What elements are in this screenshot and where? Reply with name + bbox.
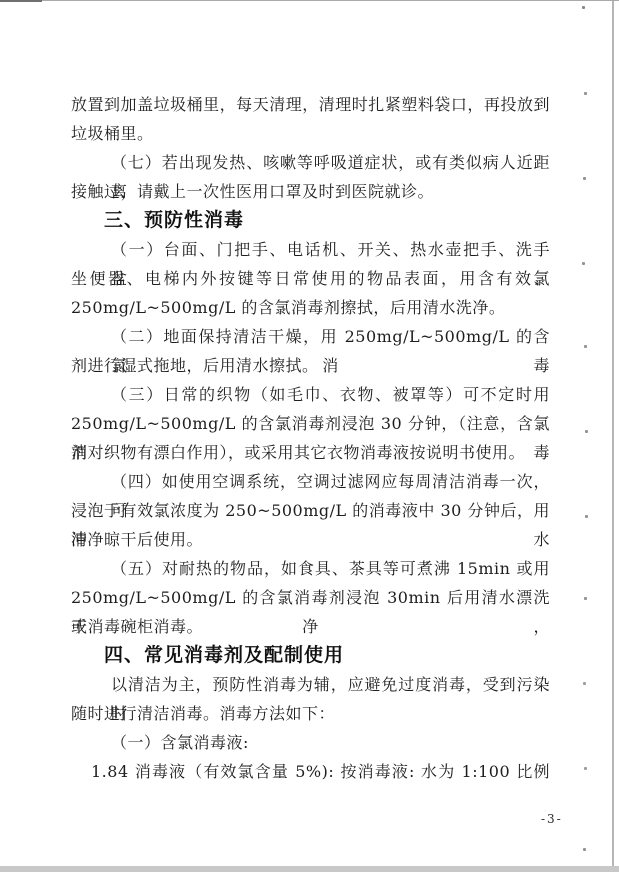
text-line: 垃圾桶里。 bbox=[71, 119, 550, 148]
text-line: 随时进行清洁消毒。消毒方法如下： bbox=[71, 699, 550, 728]
scan-speckles bbox=[582, 6, 585, 9]
text-line: 250mg/L~500mg/L 的含氯消毒剂擦拭，后用清水洗净。 bbox=[71, 293, 550, 322]
text-line: 浸泡于有效氯浓度为 250~500mg/L 的消毒液中 30 分钟后，用清水 bbox=[71, 496, 550, 525]
text-line: 接触过，请戴上一次性医用口罩及时到医院就诊。 bbox=[71, 177, 550, 206]
text-line: （五）对耐热的物品，如食具、茶具等可煮沸 15min 或用 bbox=[71, 554, 550, 583]
section-heading: 三、预防性消毒 bbox=[71, 206, 550, 235]
text-line: （一）含氯消毒液: bbox=[71, 728, 550, 757]
text-line: 250mg/L~500mg/L 的含氯消毒剂浸泡 30min 后用清水漂洗干净， bbox=[71, 583, 550, 612]
section-heading: 四、常见消毒剂及配制使用 bbox=[71, 641, 550, 670]
text-line: 放置到加盖垃圾桶里，每天清理，清理时扎紧塑料袋口，再投放到 bbox=[71, 90, 550, 119]
document-page: 放置到加盖垃圾桶里，每天清理，清理时扎紧塑料袋口，再投放到 垃圾桶里。 （七）若… bbox=[0, 0, 619, 872]
text-line: 坐便器、电梯内外按键等日常使用的物品表面，用含有效氯 bbox=[71, 264, 550, 293]
text-line: 1.84 消毒液（有效氯含量 5%): 按消毒液: 水为 1:100 比例 bbox=[71, 757, 550, 786]
text-line: 以清洁为主，预防性消毒为辅，应避免过度消毒，受到污染时 bbox=[71, 670, 550, 699]
text-line: 剂对织物有漂白作用），或采用其它衣物消毒液按说明书使用。 bbox=[71, 438, 550, 467]
scan-edge-bottom bbox=[0, 866, 619, 872]
page-number: -3- bbox=[541, 812, 563, 826]
text-line: （七）若出现发热、咳嗽等呼吸道症状，或有类似病人近距离 bbox=[71, 148, 550, 177]
scan-edge-top bbox=[0, 0, 619, 1]
text-line: （二）地面保持清洁干燥，用 250mg/L~500mg/L 的含氯消毒 bbox=[71, 322, 550, 351]
document-body: 放置到加盖垃圾桶里，每天清理，清理时扎紧塑料袋口，再投放到 垃圾桶里。 （七）若… bbox=[71, 90, 550, 786]
scan-edge-top-dark bbox=[0, 0, 42, 2]
text-line: （四）如使用空调系统，空调过滤网应每周清洁消毒一次，可 bbox=[71, 467, 550, 496]
text-line: （一）台面、门把手、电话机、开关、热水壶把手、洗手盆、 bbox=[71, 235, 550, 264]
scan-edge-right bbox=[612, 1, 614, 866]
text-line: 250mg/L~500mg/L 的含氯消毒剂浸泡 30 分钟，（注意，含氯消毒 bbox=[71, 409, 550, 438]
text-line: （三）日常的织物（如毛巾、衣物、被罩等）可不定时用 bbox=[71, 380, 550, 409]
